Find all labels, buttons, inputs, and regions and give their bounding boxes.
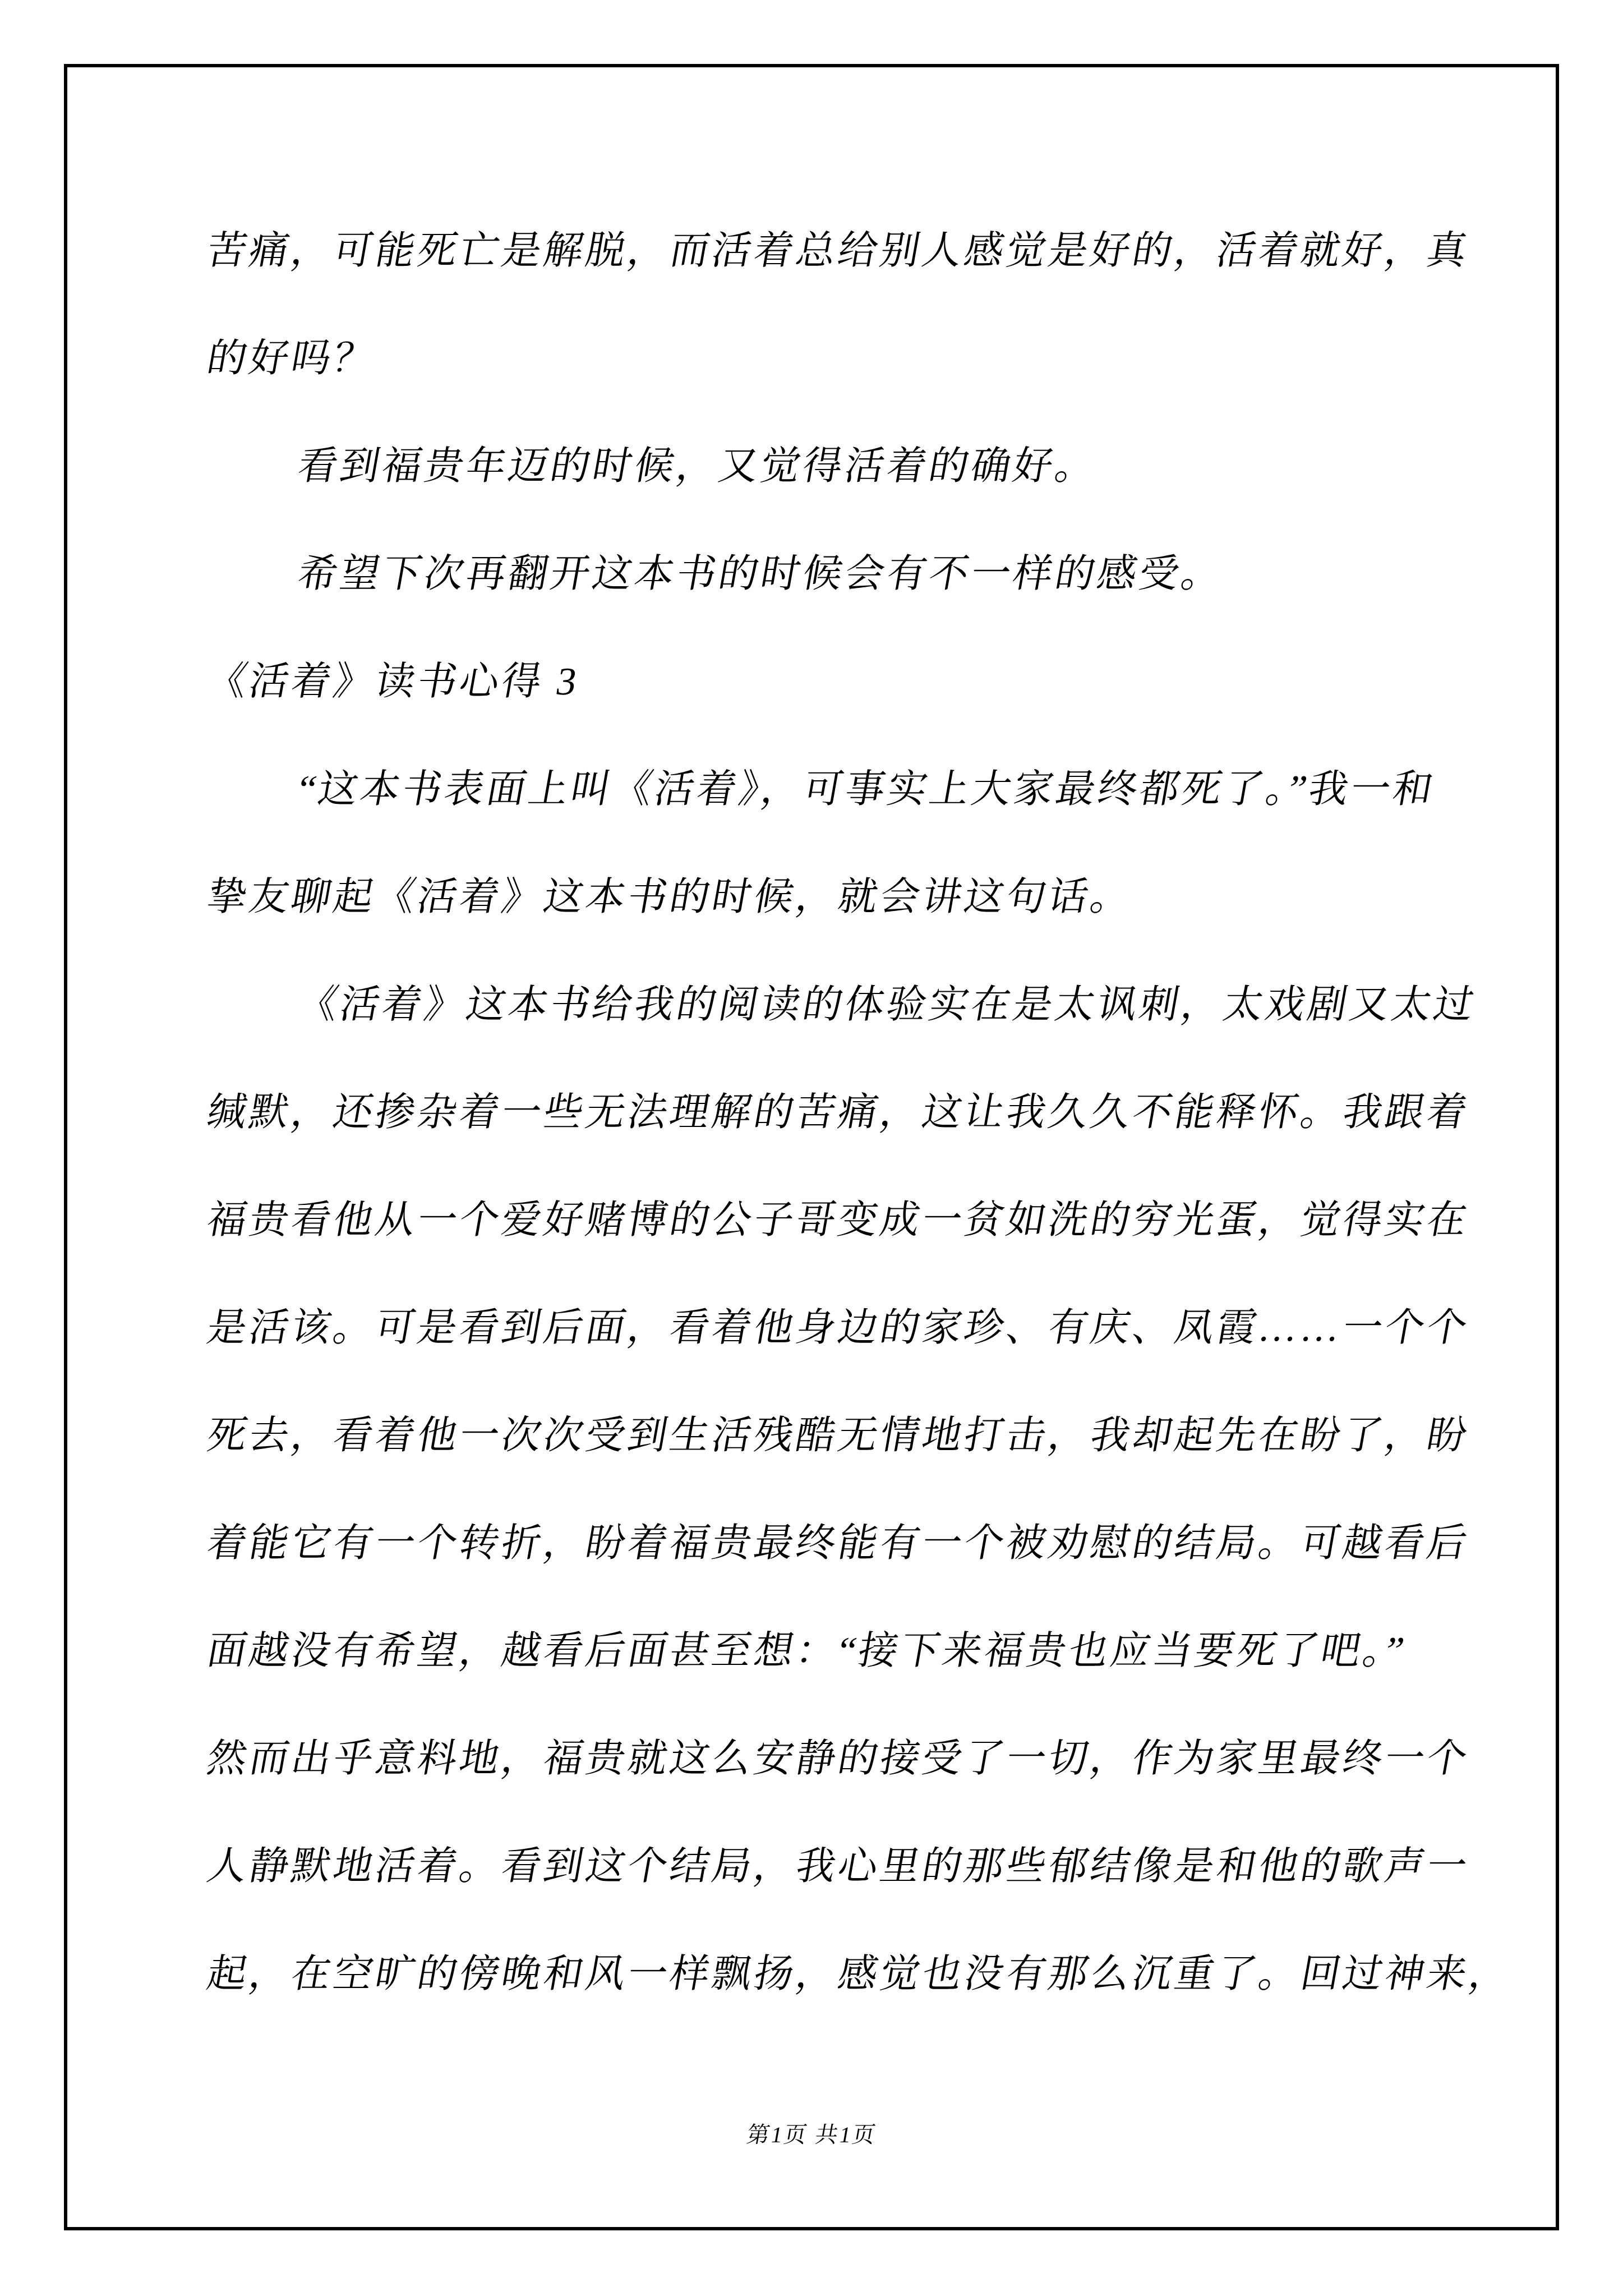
- text-line: 《活着》这本书给我的阅读的体验实在是太讽刺，太戏剧又太过: [198, 951, 1507, 1059]
- text-line: 死去，看着他一次次受到生活残酷无情地打击，我却起先在盼了，盼: [198, 1382, 1507, 1490]
- text-line: 人静默地活着。看到这个结局，我心里的那些郁结像是和他的歌声一: [198, 1813, 1507, 1921]
- text-line: 挚友聊起《活着》这本书的时候，就会讲这句话。: [198, 844, 1507, 951]
- text-line: 然而出乎意料地，福贵就这么安静的接受了一切，作为家里最终一个: [198, 1705, 1507, 1813]
- page-footer: 第1页 共1页: [67, 2122, 1556, 2148]
- text-line: 希望下次再翻开这本书的时候会有不一样的感受。: [198, 521, 1507, 628]
- text-line: 起，在空旷的傍晚和风一样飘扬，感觉也没有那么沉重了。回过神来，: [198, 1921, 1507, 2028]
- document-body: 苦痛，可能死亡是解脱，而活着总给别人感觉是好的，活着就好，真的好吗？看到福贵年迈…: [201, 197, 1491, 2028]
- text-line: 着能它有一个转折，盼着福贵最终能有一个被劝慰的结局。可越看后: [198, 1490, 1507, 1598]
- text-line: 苦痛，可能死亡是解脱，而活着总给别人感觉是好的，活着就好，真: [198, 197, 1507, 305]
- page-number-indicator: 第1页 共1页: [744, 2122, 878, 2148]
- text-line: “这本书表面上叫《活着》，可事实上大家最终都死了。”我一和: [198, 736, 1507, 844]
- text-line: 缄默，还掺杂着一些无法理解的苦痛，这让我久久不能释怀。我跟着: [198, 1059, 1507, 1167]
- text-line: 是活该。可是看到后面，看着他身边的家珍、有庆、凤霞……一个个: [198, 1274, 1507, 1382]
- text-line: 面越没有希望，越看后面甚至想：“接下来福贵也应当要死了吧。”: [198, 1598, 1507, 1705]
- heading-line: 《活着》读书心得 3: [198, 628, 1507, 736]
- page-border-frame: 苦痛，可能死亡是解脱，而活着总给别人感觉是好的，活着就好，真的好吗？看到福贵年迈…: [64, 64, 1559, 2230]
- text-line: 看到福贵年迈的时候，又觉得活着的确好。: [198, 413, 1507, 521]
- text-line: 福贵看他从一个爱好赌博的公子哥变成一贫如洗的穷光蛋，觉得实在: [198, 1167, 1507, 1274]
- text-line: 的好吗？: [198, 305, 1507, 413]
